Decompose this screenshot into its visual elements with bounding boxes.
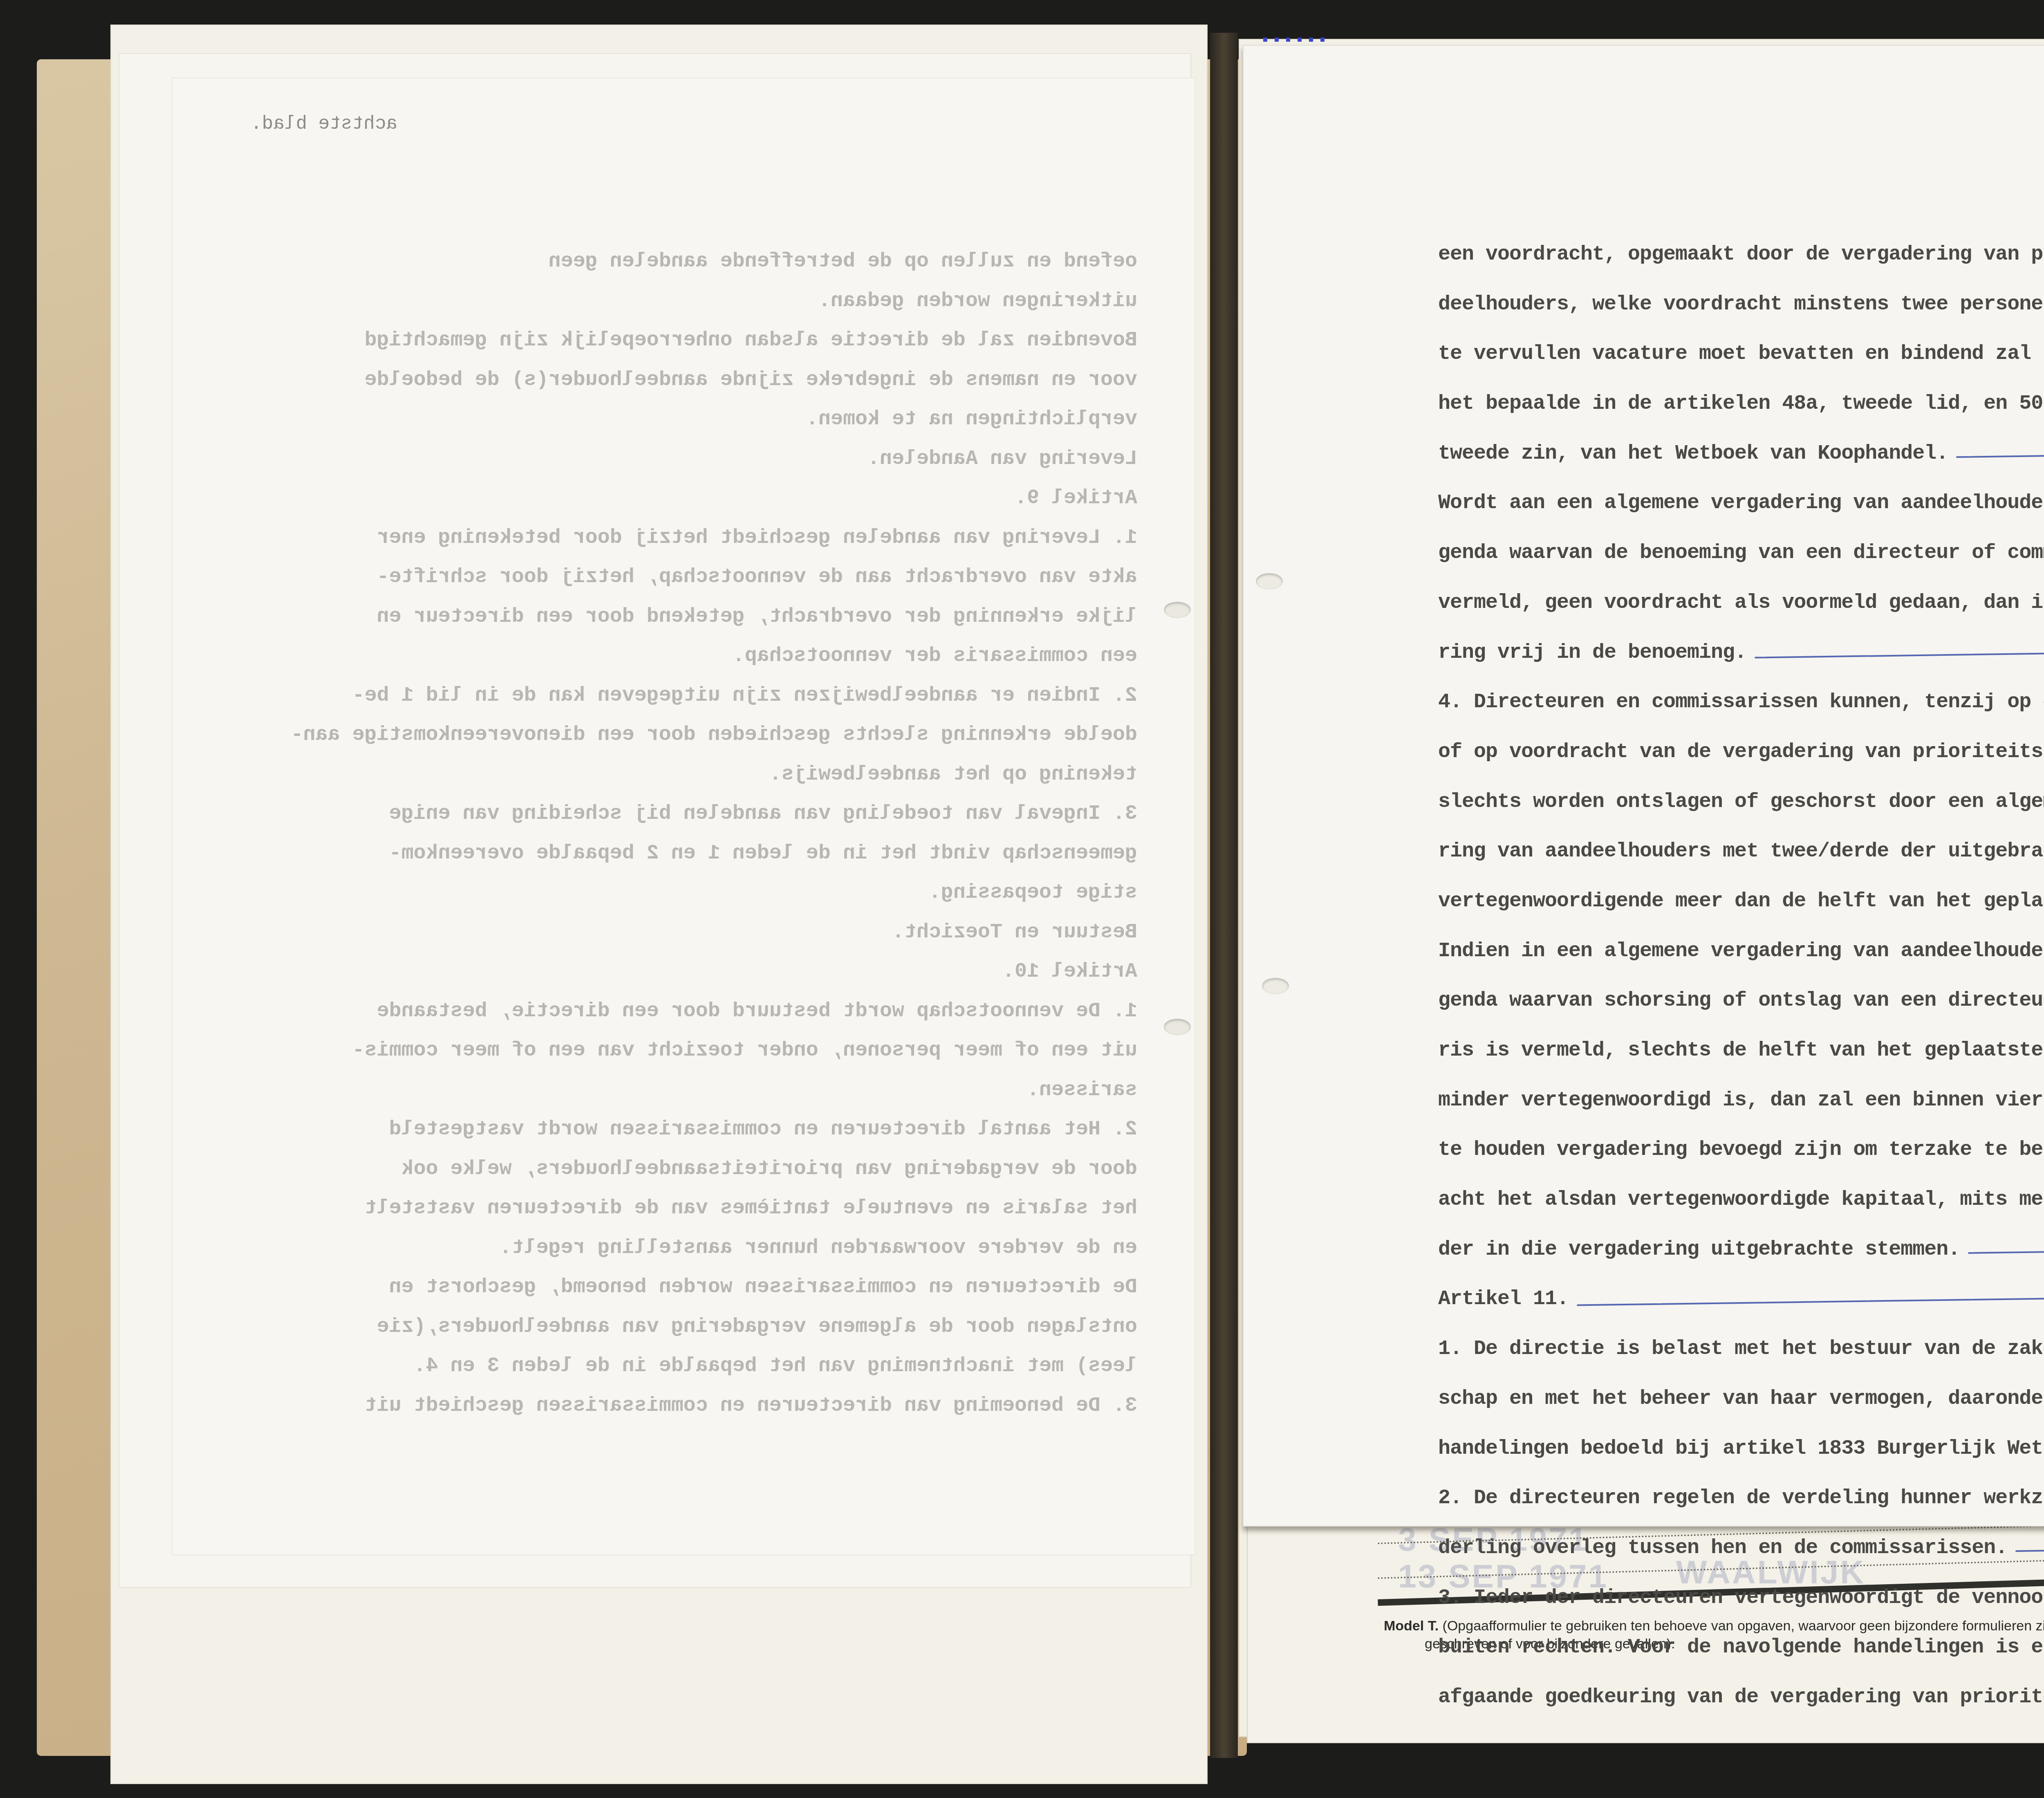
typed-line-text: Artikel 11. <box>1438 1287 1569 1311</box>
bleed-line: lijke erkenning der overdracht, getekend… <box>238 597 1137 637</box>
pen-fill-line <box>1956 452 2044 458</box>
typed-line: of op voordracht van de vergadering van … <box>1438 727 2044 777</box>
bleed-line: Bestuur en Toezicht. <box>238 913 1137 953</box>
typed-line-text: genda waarvan schorsing of ontslag van e… <box>1438 989 2044 1012</box>
typed-line-text: minder vertegenwoordigd is, dan zal een … <box>1438 1089 2044 1112</box>
left-page-lines: oefend en zullen op de betreffende aande… <box>238 242 1137 1426</box>
typed-line-text: buiten rechten. Voor de navolgende hande… <box>1438 1636 2044 1659</box>
bleed-line: stige toepassing. <box>238 873 1137 913</box>
typed-line-text: 4. Directeuren en commissarissen kunnen,… <box>1438 691 2044 714</box>
typed-line: genda waarvan schorsing of ontslag van e… <box>1438 976 2044 1026</box>
typed-line: der in die vergadering uitgebrachte stem… <box>1438 1225 2044 1275</box>
typed-line-text: vermeld, geen voordracht als voormeld ge… <box>1438 591 2044 614</box>
bleed-line: 2. Indien er aandeelbewijzen zijn uitgeg… <box>238 676 1137 716</box>
typed-line: acht het alsdan vertegenwoordigde kapita… <box>1438 1175 2044 1225</box>
typed-line: ris is vermeld, slechts de helft van het… <box>1438 1026 2044 1076</box>
bleed-line: een commissaris der vennootschap. <box>238 637 1137 676</box>
bleed-line: doelde erkenning slechts geschieden door… <box>238 715 1137 755</box>
typed-line: ring vrij in de benoeming. <box>1438 628 2044 678</box>
typed-line-text: een voordracht, opgemaakt door de vergad… <box>1438 243 2044 266</box>
typed-line: Wordt aan een algemene vergadering van a… <box>1438 478 2044 528</box>
punch-hole-bottom <box>1164 1019 1191 1035</box>
typed-line-text: derling overleg tussen hen en de commiss… <box>1438 1536 2007 1560</box>
typed-line-text: 2. De directeuren regelen de verdeling h… <box>1438 1486 2044 1510</box>
typed-line: Artikel 11. <box>1438 1274 2044 1324</box>
typed-line-text: deelhouders, welke voordracht minstens t… <box>1438 293 2044 316</box>
typed-line-text: Indien in een algemene vergadering van a… <box>1438 939 2044 963</box>
bleed-through-text: achtste blad. oefend en zullen op de bet… <box>173 78 1195 1554</box>
typed-line-text: te vervullen vacature moet bevatten en b… <box>1438 342 2044 365</box>
typed-line-text: vertegenwoordigende meer dan de helft va… <box>1438 890 2044 913</box>
bleed-line: oefend en zullen op de betreffende aande… <box>238 242 1137 282</box>
bleed-line: ontslagen door de algemene vergadering v… <box>238 1307 1137 1347</box>
typed-line: 3. Ieder der directeuren vertegenwoordig… <box>1438 1573 2044 1623</box>
typed-line: afgaande goedkeuring van de vergadering … <box>1438 1672 2044 1722</box>
punch-hole-bottom <box>1262 978 1289 994</box>
bleed-line: 1. Levering van aandelen geschiedt hetzi… <box>238 518 1137 558</box>
bleed-line: Artikel 9. <box>238 479 1137 518</box>
typed-line: schap en met het beheer van haar vermoge… <box>1438 1374 2044 1424</box>
left-page-header: achtste blad. <box>251 113 397 135</box>
blue-perforation-dots <box>1263 38 1329 42</box>
typed-line: vertegenwoordigende meer dan de helft va… <box>1438 877 2044 926</box>
pen-fill-line <box>1755 650 2044 658</box>
typed-line: buiten rechten. Voor de navolgende hande… <box>1438 1623 2044 1672</box>
typed-line-text: afgaande goedkeuring van de vergadering … <box>1438 1686 2044 1709</box>
typed-line-text: het bepaalde in de artikelen 48a, tweede… <box>1438 392 2044 415</box>
bleed-line: verplichtingen na te komen. <box>238 400 1137 439</box>
typed-line-text: tweede zin, van het Wetboek van Koophand… <box>1438 442 1948 465</box>
typed-line-text: of op voordracht van de vergadering van … <box>1438 740 2044 764</box>
right-page: negende blad. een voordracht, opgemaakt … <box>1243 45 2044 1527</box>
typed-line-text: ring vrij in de benoeming. <box>1438 641 1746 664</box>
bleed-line: en de verdere voorwaarden hunner aanstel… <box>238 1229 1137 1268</box>
typed-line-text: der in die vergadering uitgebrachte stem… <box>1438 1238 1960 1261</box>
typed-line: een voordracht, opgemaakt door de vergad… <box>1438 230 2044 280</box>
bleed-line: Levering van Aandelen. <box>238 439 1137 479</box>
typed-line: 4. Directeuren en commissarissen kunnen,… <box>1438 677 2044 727</box>
left-page: achtste blad. oefend en zullen op de bet… <box>172 78 1195 1555</box>
typed-line: tweede zin, van het Wetboek van Koophand… <box>1438 429 2044 479</box>
bleed-line: tekening op het aandeelbewijs. <box>238 755 1137 795</box>
bleed-line: 2. Het aantal directeuren en commissaris… <box>238 1110 1137 1150</box>
punch-hole-top <box>1256 573 1283 590</box>
bleed-line: gemeenschap vindt het in de leden 1 en 2… <box>238 834 1137 874</box>
bleed-line: 3. Ingeval van toedeling van aandelen bi… <box>238 794 1137 834</box>
bleed-line: lees) met inachtneming van het bepaalde … <box>238 1347 1137 1386</box>
bleed-line: 1. De vennootschap wordt bestuurd door e… <box>238 992 1137 1031</box>
typed-line: 2. De directeuren regelen de verdeling h… <box>1438 1473 2044 1523</box>
typed-line-text: te houden vergadering bevoegd zijn om te… <box>1438 1138 2044 1161</box>
bleed-line: uitkeringen worden gedaan. <box>238 282 1137 321</box>
punch-hole-top <box>1164 602 1191 618</box>
typed-line: ring van aandeelhouders met twee/derde d… <box>1438 827 2044 877</box>
typed-line-text: 3. Ieder der directeuren vertegenwoordig… <box>1438 1586 2044 1610</box>
typed-line: het bepaalde in de artikelen 48a, tweede… <box>1438 379 2044 429</box>
typed-line-text: handelingen bedoeld bij artikel 1833 Bur… <box>1438 1437 2044 1460</box>
pen-fill-line <box>2015 1547 2044 1552</box>
typed-line: deelhouders, welke voordracht minstens t… <box>1438 280 2044 330</box>
typed-line-text: genda waarvan de benoeming van een direc… <box>1438 541 2044 565</box>
typed-line: handelingen bedoeld bij artikel 1833 Bur… <box>1438 1424 2044 1474</box>
bleed-line: Artikel 10. <box>238 952 1137 992</box>
typed-line: 1. De directie is belast met het bestuur… <box>1438 1324 2044 1374</box>
typed-body: een voordracht, opgemaakt door de vergad… <box>1438 230 2044 1722</box>
folder-spine <box>1210 33 1238 1758</box>
typed-line-text: ris is vermeld, slechts de helft van het… <box>1438 1039 2044 1062</box>
typed-line: te houden vergadering bevoegd zijn om te… <box>1438 1125 2044 1175</box>
bleed-line: akte van overdracht aan de vennootschap,… <box>238 558 1137 597</box>
typed-line: slechts worden ontslagen of geschorst do… <box>1438 777 2044 827</box>
bleed-line: Bovendien zal de directie alsdan onherro… <box>238 321 1137 361</box>
bleed-line: De directeuren en commissarissen worden … <box>238 1268 1137 1307</box>
typed-line: Indien in een algemene vergadering van a… <box>1438 926 2044 976</box>
typed-line: vermeld, geen voordracht als voormeld ge… <box>1438 578 2044 628</box>
bleed-line: sarissen. <box>238 1071 1137 1110</box>
bleed-line: het salaris en eventuele tantièmes van d… <box>238 1189 1137 1229</box>
bleed-line: door de vergadering van prioriteitsaande… <box>238 1150 1137 1189</box>
typed-line-text: slechts worden ontslagen of geschorst do… <box>1438 790 2044 814</box>
typed-line-text: Wordt aan een algemene vergadering van a… <box>1438 491 2044 515</box>
typed-line: derling overleg tussen hen en de commiss… <box>1438 1523 2044 1573</box>
typed-line-text: schap en met het beheer van haar vermoge… <box>1438 1387 2044 1410</box>
typed-line-text: acht het alsdan vertegenwoordigde kapita… <box>1438 1188 2044 1211</box>
form-caption-label: Model T. <box>1384 1618 1439 1634</box>
pen-fill-line <box>1577 1295 2044 1306</box>
bleed-line: 3. De benoeming van directeuren en commi… <box>238 1386 1137 1426</box>
typed-line-text: 1. De directie is belast met het bestuur… <box>1438 1337 2044 1361</box>
typed-line: genda waarvan de benoeming van een direc… <box>1438 528 2044 578</box>
typed-line-text: ring van aandeelhouders met twee/derde d… <box>1438 840 2044 863</box>
bleed-line: voor en namens de ingebreke zijnde aande… <box>238 361 1137 400</box>
typed-line: minder vertegenwoordigd is, dan zal een … <box>1438 1076 2044 1125</box>
bleed-line: uit een of meer personen, onder toezicht… <box>238 1031 1137 1071</box>
pen-fill-line <box>1968 1248 2044 1254</box>
typed-line: te vervullen vacature moet bevatten en b… <box>1438 329 2044 379</box>
